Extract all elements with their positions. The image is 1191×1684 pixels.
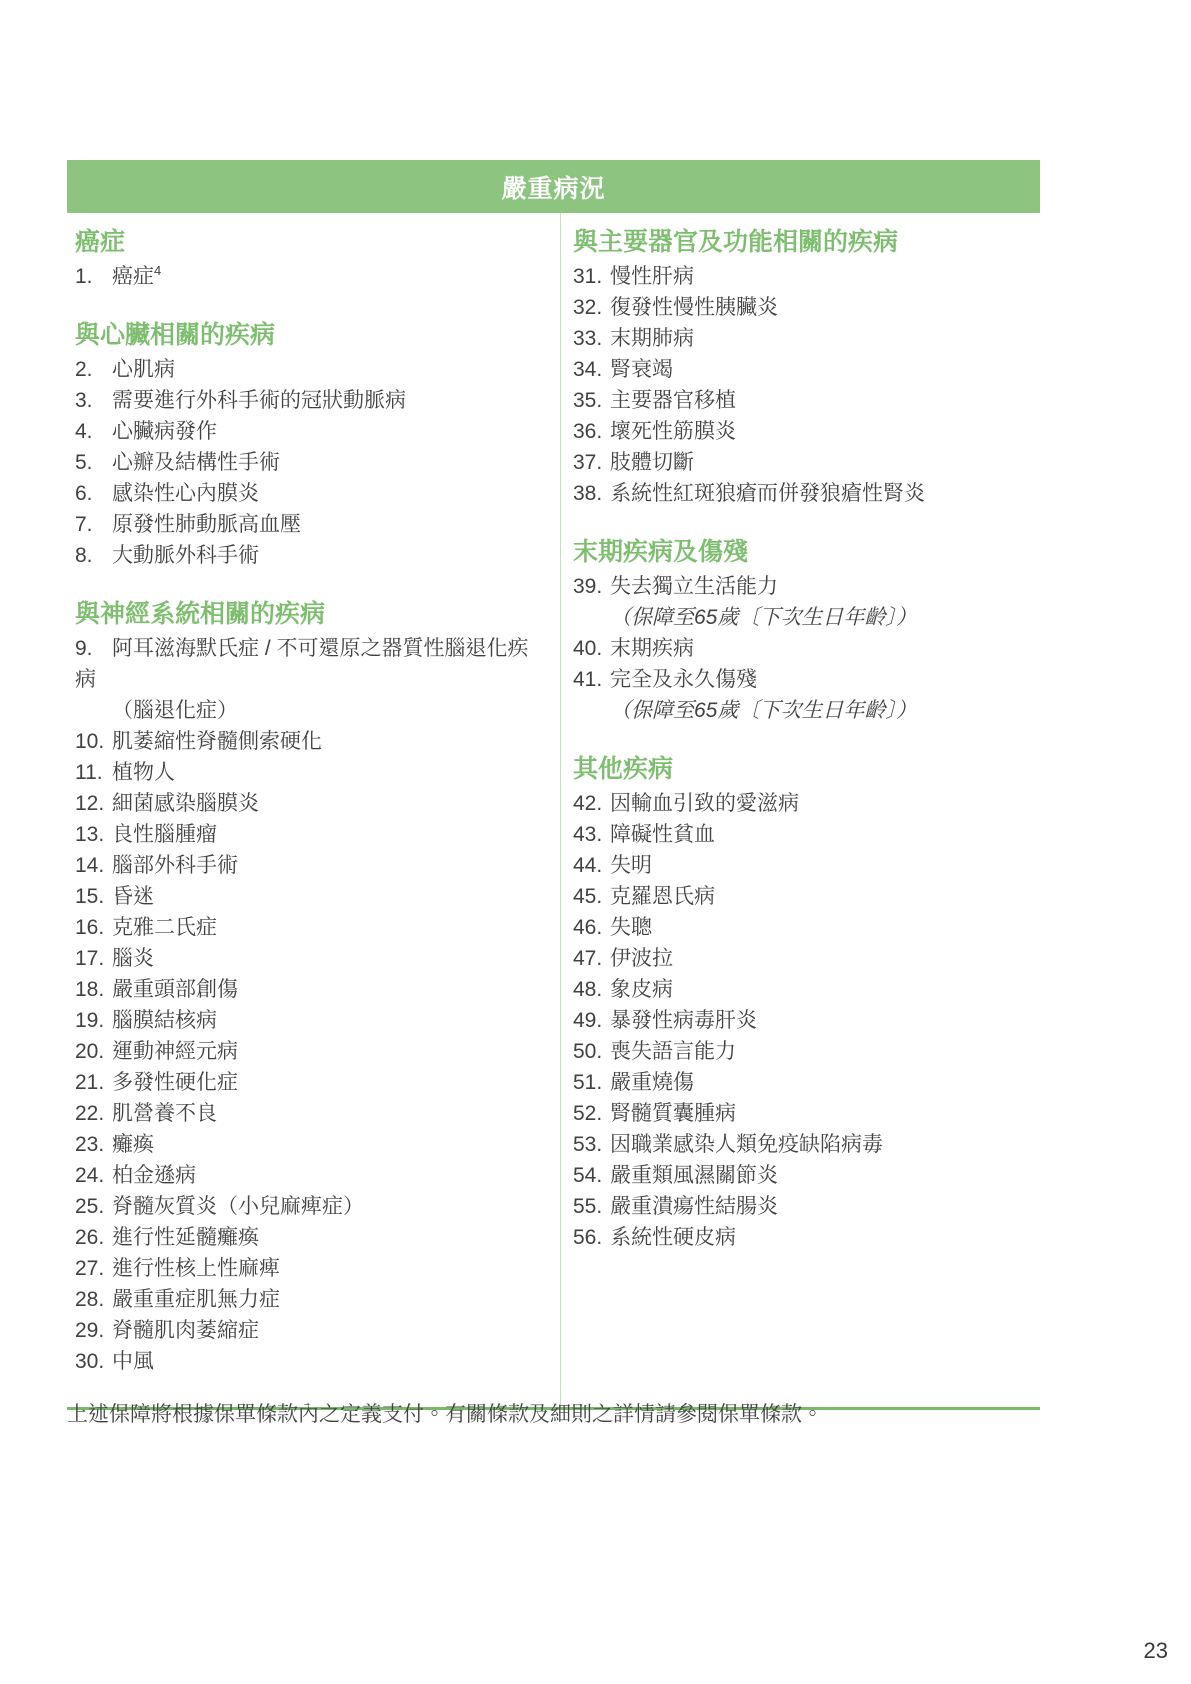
item-number: 38. <box>573 478 610 509</box>
item-number: 44. <box>573 850 610 881</box>
illness-table: 癌症1.癌症4與心臟相關的疾病2.心肌病3.需要進行外科手術的冠狀動脈病4.心臟… <box>67 213 1040 1410</box>
item-number: 15. <box>75 881 112 912</box>
item-number: 53. <box>573 1129 610 1160</box>
item-text: 柏金遜病 <box>112 1164 196 1187</box>
footnote-superscript: 4 <box>154 263 161 278</box>
list-item: 24.柏金遜病 <box>75 1160 546 1191</box>
item-subline: （保障至65歲〔下次生日年齡〕） <box>610 695 1032 726</box>
item-text: 阿耳滋海默氏症 / 不可還原之器質性腦退化疾病 <box>75 637 529 691</box>
item-number: 35. <box>573 385 610 416</box>
list-item: 34.腎衰竭 <box>573 354 1032 385</box>
list-item: 30.中風 <box>75 1346 546 1377</box>
item-number: 20. <box>75 1036 112 1067</box>
list-item: 21.多發性硬化症 <box>75 1067 546 1098</box>
item-text: 大動脈外科手術 <box>112 544 259 567</box>
item-number: 17. <box>75 943 112 974</box>
section-heading: 與神經系統相關的疾病 <box>75 597 546 631</box>
list-item: 51.嚴重燒傷 <box>573 1067 1032 1098</box>
item-text: 良性腦腫瘤 <box>112 823 217 846</box>
list-item: 4.心臟病發作 <box>75 416 546 447</box>
list-item: 48.象皮病 <box>573 974 1032 1005</box>
item-text: 暴發性病毒肝炎 <box>610 1009 757 1032</box>
table-title: 嚴重病況 <box>501 169 605 205</box>
item-number: 5. <box>75 447 112 478</box>
item-number: 28. <box>75 1284 112 1315</box>
item-number: 24. <box>75 1160 112 1191</box>
list-item: 49.暴發性病毒肝炎 <box>573 1005 1032 1036</box>
item-text: 失去獨立生活能力 <box>610 575 778 598</box>
item-text: 腦膜結核病 <box>112 1009 217 1032</box>
item-text: 嚴重重症肌無力症 <box>112 1288 280 1311</box>
list-item: 18.嚴重頭部創傷 <box>75 974 546 1005</box>
item-text: 細菌感染腦膜炎 <box>112 792 259 815</box>
list-item: 47.伊波拉 <box>573 943 1032 974</box>
item-number: 7. <box>75 509 112 540</box>
item-text: 脊髓灰質炎（小兒麻痺症） <box>112 1195 364 1218</box>
list-item: 45.克羅恩氏病 <box>573 881 1032 912</box>
list-item: 53.因職業感染人類免疫缺陷病毒 <box>573 1129 1032 1160</box>
list-item: 9.阿耳滋海默氏症 / 不可還原之器質性腦退化疾病 <box>75 633 546 695</box>
item-number: 31. <box>573 261 610 292</box>
list-item: 43.障礙性貧血 <box>573 819 1032 850</box>
list-item: 2.心肌病 <box>75 354 546 385</box>
illness-section: 與神經系統相關的疾病9.阿耳滋海默氏症 / 不可還原之器質性腦退化疾病（腦退化症… <box>75 597 546 1377</box>
item-text: 伊波拉 <box>610 947 673 970</box>
list-item: 36.壞死性筋膜炎 <box>573 416 1032 447</box>
item-text: 原發性肺動脈高血壓 <box>112 513 301 536</box>
item-text: 喪失語言能力 <box>610 1040 736 1063</box>
item-text: 肢體切斷 <box>610 451 694 474</box>
item-text: 植物人 <box>112 761 175 784</box>
item-number: 52. <box>573 1098 610 1129</box>
item-text: 障礙性貧血 <box>610 823 715 846</box>
item-text: 運動神經元病 <box>112 1040 238 1063</box>
item-text: 腦部外科手術 <box>112 854 238 877</box>
item-text: 象皮病 <box>610 978 673 1001</box>
item-text: 癱瘓 <box>112 1133 154 1156</box>
list-item: 37.肢體切斷 <box>573 447 1032 478</box>
list-item: 7.原發性肺動脈高血壓 <box>75 509 546 540</box>
item-number: 27. <box>75 1253 112 1284</box>
section-heading: 其他疾病 <box>573 752 1032 786</box>
illness-section: 末期疾病及傷殘39.失去獨立生活能力（保障至65歲〔下次生日年齡〕）40.末期疾… <box>573 535 1032 726</box>
footer-note: 上述保障將根據保單條款內之定義支付。有關條款及細則之詳情請參閱保單條款。 <box>67 1400 1040 1430</box>
item-number: 1. <box>75 261 112 292</box>
item-number: 37. <box>573 447 610 478</box>
list-item: 38.系統性紅斑狼瘡而併發狼瘡性腎炎 <box>573 478 1032 509</box>
item-number: 46. <box>573 912 610 943</box>
item-text: 主要器官移植 <box>610 389 736 412</box>
list-item: 39.失去獨立生活能力 <box>573 571 1032 602</box>
item-text: 末期肺病 <box>610 327 694 350</box>
item-number: 30. <box>75 1346 112 1377</box>
item-number: 4. <box>75 416 112 447</box>
item-number: 45. <box>573 881 610 912</box>
item-number: 22. <box>75 1098 112 1129</box>
list-item: 15.昏迷 <box>75 881 546 912</box>
item-number: 21. <box>75 1067 112 1098</box>
item-number: 42. <box>573 788 610 819</box>
item-text: 因職業感染人類免疫缺陷病毒 <box>610 1133 883 1156</box>
item-text: 嚴重類風濕關節炎 <box>610 1164 778 1187</box>
document-page: 嚴重病況 癌症1.癌症4與心臟相關的疾病2.心肌病3.需要進行外科手術的冠狀動脈… <box>0 0 1191 1684</box>
item-number: 2. <box>75 354 112 385</box>
list-item: 22.肌營養不良 <box>75 1098 546 1129</box>
item-text: 嚴重潰瘍性結腸炎 <box>610 1195 778 1218</box>
item-text: 克雅二氏症 <box>112 916 217 939</box>
list-item: 12.細菌感染腦膜炎 <box>75 788 546 819</box>
section-heading: 與心臟相關的疾病 <box>75 318 546 352</box>
section-heading: 與主要器官及功能相關的疾病 <box>573 225 1032 259</box>
item-number: 51. <box>573 1067 610 1098</box>
item-number: 36. <box>573 416 610 447</box>
item-text: 系統性紅斑狼瘡而併發狼瘡性腎炎 <box>610 482 925 505</box>
item-text: 昏迷 <box>112 885 154 908</box>
item-text: 克羅恩氏病 <box>610 885 715 908</box>
item-number: 56. <box>573 1222 610 1253</box>
item-number: 12. <box>75 788 112 819</box>
item-number: 11. <box>75 757 112 788</box>
item-text: 感染性心內膜炎 <box>112 482 259 505</box>
item-text: 腦炎 <box>112 947 154 970</box>
list-item: 20.運動神經元病 <box>75 1036 546 1067</box>
item-number: 13. <box>75 819 112 850</box>
item-number: 29. <box>75 1315 112 1346</box>
item-text: 慢性肝病 <box>610 265 694 288</box>
list-item: 56.系統性硬皮病 <box>573 1222 1032 1253</box>
list-item: 16.克雅二氏症 <box>75 912 546 943</box>
illness-section: 癌症1.癌症4 <box>75 225 546 292</box>
list-item: 32.復發性慢性胰臟炎 <box>573 292 1032 323</box>
item-number: 9. <box>75 633 112 664</box>
item-number: 41. <box>573 664 610 695</box>
list-item: 54.嚴重類風濕關節炎 <box>573 1160 1032 1191</box>
list-item: 42.因輸血引致的愛滋病 <box>573 788 1032 819</box>
item-text: 多發性硬化症 <box>112 1071 238 1094</box>
list-item: 11.植物人 <box>75 757 546 788</box>
list-item: 55.嚴重潰瘍性結腸炎 <box>573 1191 1032 1222</box>
item-number: 48. <box>573 974 610 1005</box>
item-number: 40. <box>573 633 610 664</box>
item-number: 25. <box>75 1191 112 1222</box>
item-text: 失聰 <box>610 916 652 939</box>
item-text: 肌萎縮性脊髓側索硬化 <box>112 730 322 753</box>
item-number: 19. <box>75 1005 112 1036</box>
list-item: 17.腦炎 <box>75 943 546 974</box>
item-text: 完全及永久傷殘 <box>610 668 757 691</box>
list-item: 13.良性腦腫瘤 <box>75 819 546 850</box>
item-text: 進行性延髓癱瘓 <box>112 1226 259 1249</box>
list-item: 35.主要器官移植 <box>573 385 1032 416</box>
item-number: 43. <box>573 819 610 850</box>
list-item: 40.末期疾病 <box>573 633 1032 664</box>
item-text: 腎髓質囊腫病 <box>610 1102 736 1125</box>
item-number: 18. <box>75 974 112 1005</box>
item-number: 8. <box>75 540 112 571</box>
item-text: 復發性慢性胰臟炎 <box>610 296 778 319</box>
list-item: 5.心瓣及結構性手術 <box>75 447 546 478</box>
list-item: 23.癱瘓 <box>75 1129 546 1160</box>
column-left: 癌症1.癌症4與心臟相關的疾病2.心肌病3.需要進行外科手術的冠狀動脈病4.心臟… <box>67 213 560 1407</box>
item-number: 3. <box>75 385 112 416</box>
item-text: 嚴重頭部創傷 <box>112 978 238 1001</box>
section-heading: 末期疾病及傷殘 <box>573 535 1032 569</box>
list-item: 33.末期肺病 <box>573 323 1032 354</box>
section-heading: 癌症 <box>75 225 546 259</box>
list-item: 44.失明 <box>573 850 1032 881</box>
list-item: 19.腦膜結核病 <box>75 1005 546 1036</box>
item-text: 癌症4 <box>112 265 161 288</box>
item-number: 34. <box>573 354 610 385</box>
item-number: 23. <box>75 1129 112 1160</box>
item-text: 心臟病發作 <box>112 420 217 443</box>
item-subline: （保障至65歲〔下次生日年齡〕） <box>610 602 1032 633</box>
table-header-bar: 嚴重病況 <box>67 160 1040 213</box>
item-text: 末期疾病 <box>610 637 694 660</box>
item-text: 心肌病 <box>112 358 175 381</box>
item-text: 嚴重燒傷 <box>610 1071 694 1094</box>
item-number: 32. <box>573 292 610 323</box>
list-item: 1.癌症4 <box>75 261 546 292</box>
illness-section: 與心臟相關的疾病2.心肌病3.需要進行外科手術的冠狀動脈病4.心臟病發作5.心瓣… <box>75 318 546 571</box>
list-item: 26.進行性延髓癱瘓 <box>75 1222 546 1253</box>
item-text: 壞死性筋膜炎 <box>610 420 736 443</box>
list-item: 29.脊髓肌肉萎縮症 <box>75 1315 546 1346</box>
item-text: 肌營養不良 <box>112 1102 217 1125</box>
list-item: 52.腎髓質囊腫病 <box>573 1098 1032 1129</box>
item-number: 50. <box>573 1036 610 1067</box>
item-number: 39. <box>573 571 610 602</box>
item-text: 脊髓肌肉萎縮症 <box>112 1319 259 1342</box>
item-subline: （腦退化症） <box>112 695 546 726</box>
list-item: 28.嚴重重症肌無力症 <box>75 1284 546 1315</box>
item-number: 16. <box>75 912 112 943</box>
item-text: 中風 <box>112 1350 154 1373</box>
item-text: 心瓣及結構性手術 <box>112 451 280 474</box>
list-item: 10.肌萎縮性脊髓側索硬化 <box>75 726 546 757</box>
column-right: 與主要器官及功能相關的疾病31.慢性肝病32.復發性慢性胰臟炎33.末期肺病34… <box>560 213 1040 1407</box>
item-number: 47. <box>573 943 610 974</box>
list-item: 31.慢性肝病 <box>573 261 1032 292</box>
list-item: 3.需要進行外科手術的冠狀動脈病 <box>75 385 546 416</box>
illness-section: 與主要器官及功能相關的疾病31.慢性肝病32.復發性慢性胰臟炎33.末期肺病34… <box>573 225 1032 509</box>
list-item: 46.失聰 <box>573 912 1032 943</box>
list-item: 41.完全及永久傷殘 <box>573 664 1032 695</box>
list-item: 14.腦部外科手術 <box>75 850 546 881</box>
list-item: 25.脊髓灰質炎（小兒麻痺症） <box>75 1191 546 1222</box>
item-text: 因輸血引致的愛滋病 <box>610 792 799 815</box>
item-number: 33. <box>573 323 610 354</box>
item-number: 55. <box>573 1191 610 1222</box>
item-number: 6. <box>75 478 112 509</box>
item-text: 進行性核上性麻痺 <box>112 1257 280 1280</box>
list-item: 6.感染性心內膜炎 <box>75 478 546 509</box>
item-number: 14. <box>75 850 112 881</box>
page-number: 23 <box>1118 1638 1168 1664</box>
item-text: 需要進行外科手術的冠狀動脈病 <box>112 389 406 412</box>
illness-section: 其他疾病42.因輸血引致的愛滋病43.障礙性貧血44.失明45.克羅恩氏病46.… <box>573 752 1032 1253</box>
list-item: 27.進行性核上性麻痺 <box>75 1253 546 1284</box>
item-number: 54. <box>573 1160 610 1191</box>
list-item: 8.大動脈外科手術 <box>75 540 546 571</box>
item-number: 10. <box>75 726 112 757</box>
item-text: 腎衰竭 <box>610 358 673 381</box>
item-number: 26. <box>75 1222 112 1253</box>
item-text: 失明 <box>610 854 652 877</box>
list-item: 50.喪失語言能力 <box>573 1036 1032 1067</box>
item-text: 系統性硬皮病 <box>610 1226 736 1249</box>
item-number: 49. <box>573 1005 610 1036</box>
